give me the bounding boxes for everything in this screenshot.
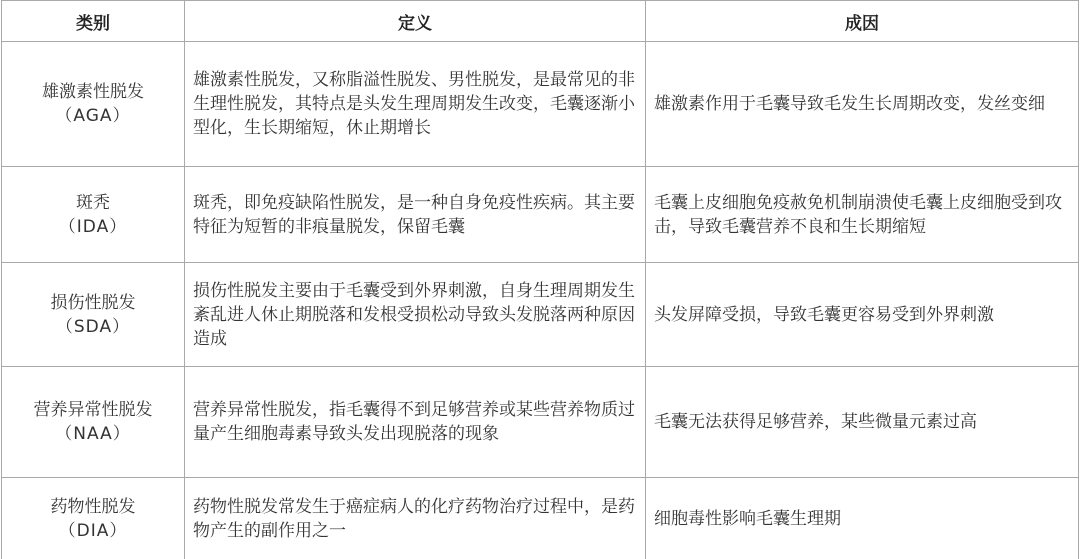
hair-loss-types-table: 类别 定义 成因 雄激素性脱发 （AGA） 雄激素性脱发，又称脂溢性脱发、男性脱… bbox=[1, 0, 1079, 559]
category-name: 营养异常性脱发 bbox=[34, 400, 153, 420]
table-row: 损伤性脱发 （SDA） 损伤性脱发主要由于毛囊受到外界刺激，自身生理周期发生紊乱… bbox=[2, 263, 1079, 367]
definition-cell: 雄激素性脱发，又称脂溢性脱发、男性脱发，是最常见的非生理性脱发，其特点是头发生理… bbox=[185, 42, 646, 167]
category-name: 雄激素性脱发 bbox=[42, 82, 144, 102]
category-cell: 雄激素性脱发 （AGA） bbox=[2, 42, 185, 167]
category-name: 斑秃 bbox=[76, 193, 110, 213]
table-row: 雄激素性脱发 （AGA） 雄激素性脱发，又称脂溢性脱发、男性脱发，是最常见的非生… bbox=[2, 42, 1079, 167]
header-definition: 定义 bbox=[185, 1, 646, 42]
category-name: 损伤性脱发 bbox=[51, 293, 136, 313]
category-name: 药物性脱发 bbox=[51, 497, 136, 517]
cause-cell: 毛囊无法获得足够营养，某些微量元素过高 bbox=[646, 367, 1079, 478]
table-header-row: 类别 定义 成因 bbox=[2, 1, 1079, 42]
cause-cell: 头发屏障受损，导致毛囊更容易受到外界刺激 bbox=[646, 263, 1079, 367]
category-cell: 营养异常性脱发 （NAA） bbox=[2, 367, 185, 478]
category-cell: 损伤性脱发 （SDA） bbox=[2, 263, 185, 367]
cause-cell: 雄激素作用于毛囊导致毛发生长周期改变，发丝变细 bbox=[646, 42, 1079, 167]
category-cell: 斑秃 （IDA） bbox=[2, 167, 185, 263]
table-row: 营养异常性脱发 （NAA） 营养异常性脱发，指毛囊得不到足够营养或某些营养物质过… bbox=[2, 367, 1079, 478]
definition-cell: 药物性脱发常发生于癌症病人的化疗药物治疗过程中，是药物产生的副作用之一 bbox=[185, 478, 646, 559]
category-abbr: （AGA） bbox=[2, 104, 184, 128]
cause-cell: 细胞毒性影响毛囊生理期 bbox=[646, 478, 1079, 559]
definition-cell: 损伤性脱发主要由于毛囊受到外界刺激，自身生理周期发生紊乱进人休止期脱落和发根受损… bbox=[185, 263, 646, 367]
header-category: 类别 bbox=[2, 1, 185, 42]
header-cause: 成因 bbox=[646, 1, 1079, 42]
category-abbr: （DIA） bbox=[2, 519, 184, 543]
table-row: 斑秃 （IDA） 斑秃，即免疫缺陷性脱发，是一种自身免疫性疾病。其主要特征为短暂… bbox=[2, 167, 1079, 263]
category-cell: 药物性脱发 （DIA） bbox=[2, 478, 185, 559]
category-abbr: （NAA） bbox=[2, 422, 184, 446]
category-abbr: （SDA） bbox=[2, 315, 184, 339]
cause-cell: 毛囊上皮细胞免疫赦免机制崩溃使毛囊上皮细胞受到攻击，导致毛囊营养不良和生长期缩短 bbox=[646, 167, 1079, 263]
table-row: 药物性脱发 （DIA） 药物性脱发常发生于癌症病人的化疗药物治疗过程中，是药物产… bbox=[2, 478, 1079, 559]
definition-cell: 斑秃，即免疫缺陷性脱发，是一种自身免疫性疾病。其主要特征为短暂的非痕量脱发，保留… bbox=[185, 167, 646, 263]
category-abbr: （IDA） bbox=[2, 215, 184, 239]
definition-cell: 营养异常性脱发，指毛囊得不到足够营养或某些营养物质过量产生细胞毒素导致头发出现脱… bbox=[185, 367, 646, 478]
